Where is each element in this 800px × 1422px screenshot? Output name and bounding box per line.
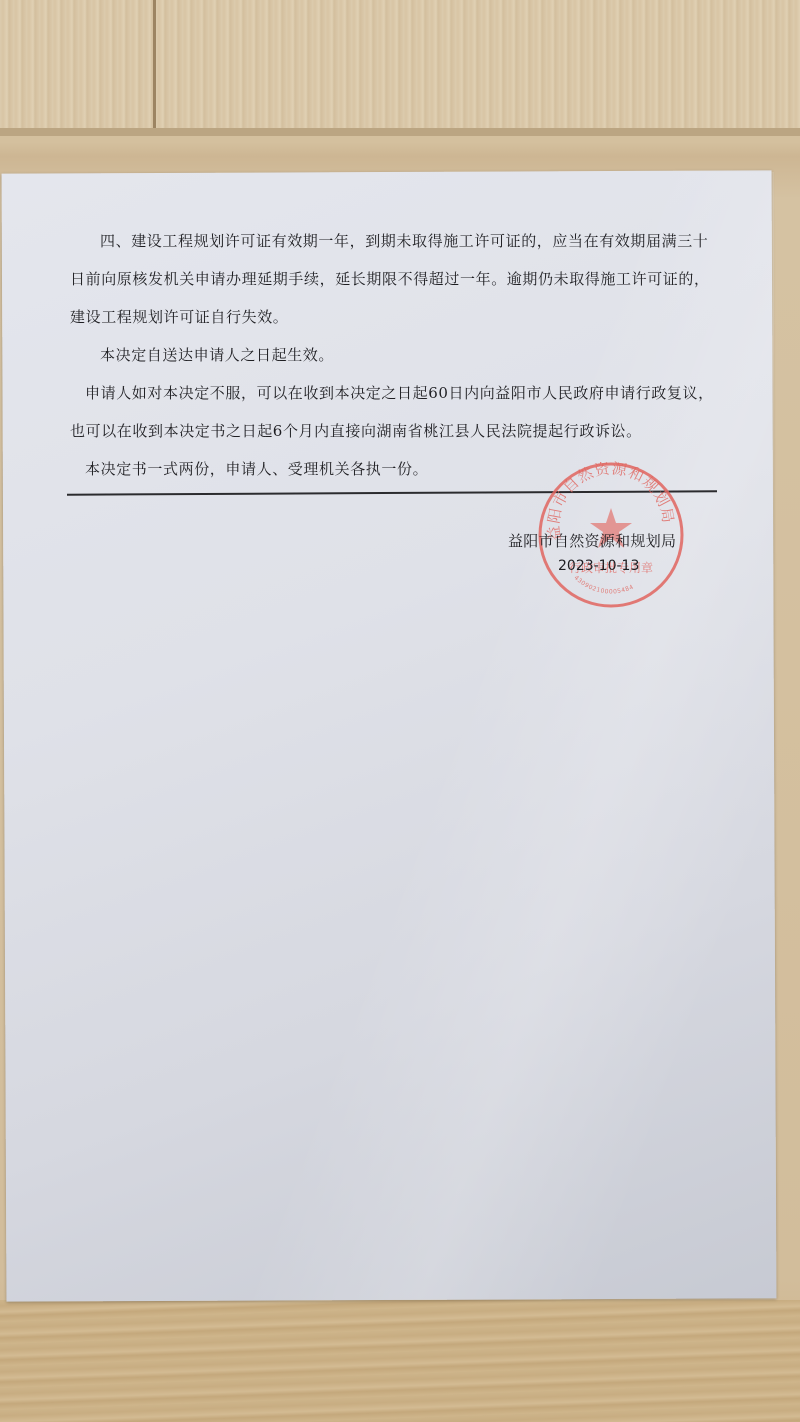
document-body: 四、建设工程规划许可证有效期一年，到期未取得施工许可证的，应当在有效期届满三十日… — [70, 222, 720, 488]
issuing-authority: 益阳市自然资源和规划局 — [508, 530, 676, 551]
paragraph-appeal: 申请人如对本决定不服，可以在收到本决定之日起60日内向益阳市人民政府申请行政复议… — [70, 374, 720, 450]
svg-text:430902100005484: 430902100005484 — [573, 574, 635, 595]
paragraph-validity: 四、建设工程规划许可证有效期一年，到期未取得施工许可证的，应当在有效期届满三十日… — [70, 222, 720, 336]
paragraph-effective: 本决定自送达申请人之日起生效。 — [70, 336, 720, 374]
wood-background-bottom — [0, 1300, 800, 1422]
wood-background-top — [0, 0, 800, 135]
wood-ledge — [0, 128, 800, 136]
wood-seam — [153, 0, 156, 135]
issue-date: 2023-10-13 — [558, 558, 639, 574]
